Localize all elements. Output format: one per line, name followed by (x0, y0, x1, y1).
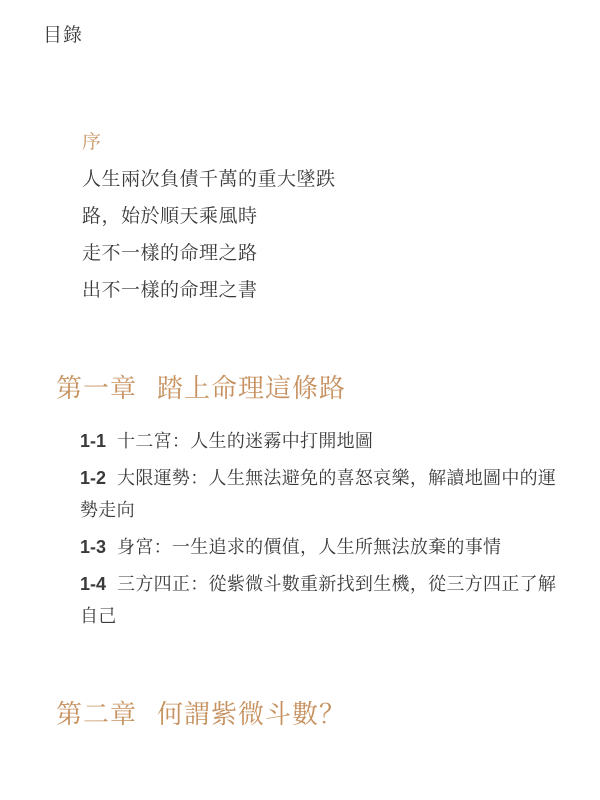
chapter-1-title: 踏上命理這條路 (157, 373, 346, 403)
toc-entry-preface-2[interactable]: 路，始於順天乘風時 (82, 198, 562, 235)
section-title: 大限運勢：人生無法避免的喜怒哀樂，解讀地圖中的運 勢走向 (80, 468, 556, 520)
toc-entry-preface-1[interactable]: 人生兩次負債千萬的重大墜跌 (82, 161, 562, 198)
chapter-2-label: 第二章 (56, 699, 137, 729)
chapter-1-heading[interactable]: 第一章踏上命理這條路 (56, 372, 346, 404)
preface-heading[interactable]: 序 (82, 124, 562, 161)
toc-entry-1-2[interactable]: 1-2大限運勢：人生無法避免的喜怒哀樂，解讀地圖中的運 勢走向 (80, 462, 572, 526)
chapter-2-title: 何謂紫微斗數？ (157, 699, 346, 729)
toc-entry-1-4[interactable]: 1-4三方四正：從紫微斗數重新找到生機，從三方四正了解 自己 (80, 568, 572, 632)
section-number: 1-2 (80, 468, 106, 488)
section-title: 三方四正：從紫微斗數重新找到生機，從三方四正了解 自己 (80, 574, 556, 626)
section-number: 1-1 (80, 431, 106, 451)
section-number: 1-4 (80, 574, 106, 594)
section-title: 身宮：一生追求的價值，人生所無法放棄的事情 (117, 537, 501, 557)
chapter-1-sections: 1-1十二宮：人生的迷霧中打開地圖 1-2大限運勢：人生無法避免的喜怒哀樂，解讀… (80, 425, 572, 637)
chapter-2-heading[interactable]: 第二章何謂紫微斗數？ (56, 698, 346, 730)
toc-entry-1-3[interactable]: 1-3身宮：一生追求的價值，人生所無法放棄的事情 (80, 531, 572, 563)
toc-entry-preface-3[interactable]: 走不一樣的命理之路 (82, 235, 562, 272)
chapter-1-label: 第一章 (56, 373, 137, 403)
section-title: 十二宮：人生的迷霧中打開地圖 (117, 431, 373, 451)
page-title: 目錄 (43, 24, 83, 48)
preface-section: 序 人生兩次負債千萬的重大墜跌 路，始於順天乘風時 走不一樣的命理之路 出不一樣… (82, 124, 562, 309)
toc-entry-preface-4[interactable]: 出不一樣的命理之書 (82, 272, 562, 309)
section-number: 1-3 (80, 537, 106, 557)
toc-entry-1-1[interactable]: 1-1十二宮：人生的迷霧中打開地圖 (80, 425, 572, 457)
toc-page: 目錄 序 人生兩次負債千萬的重大墜跌 路，始於順天乘風時 走不一樣的命理之路 出… (0, 0, 600, 800)
